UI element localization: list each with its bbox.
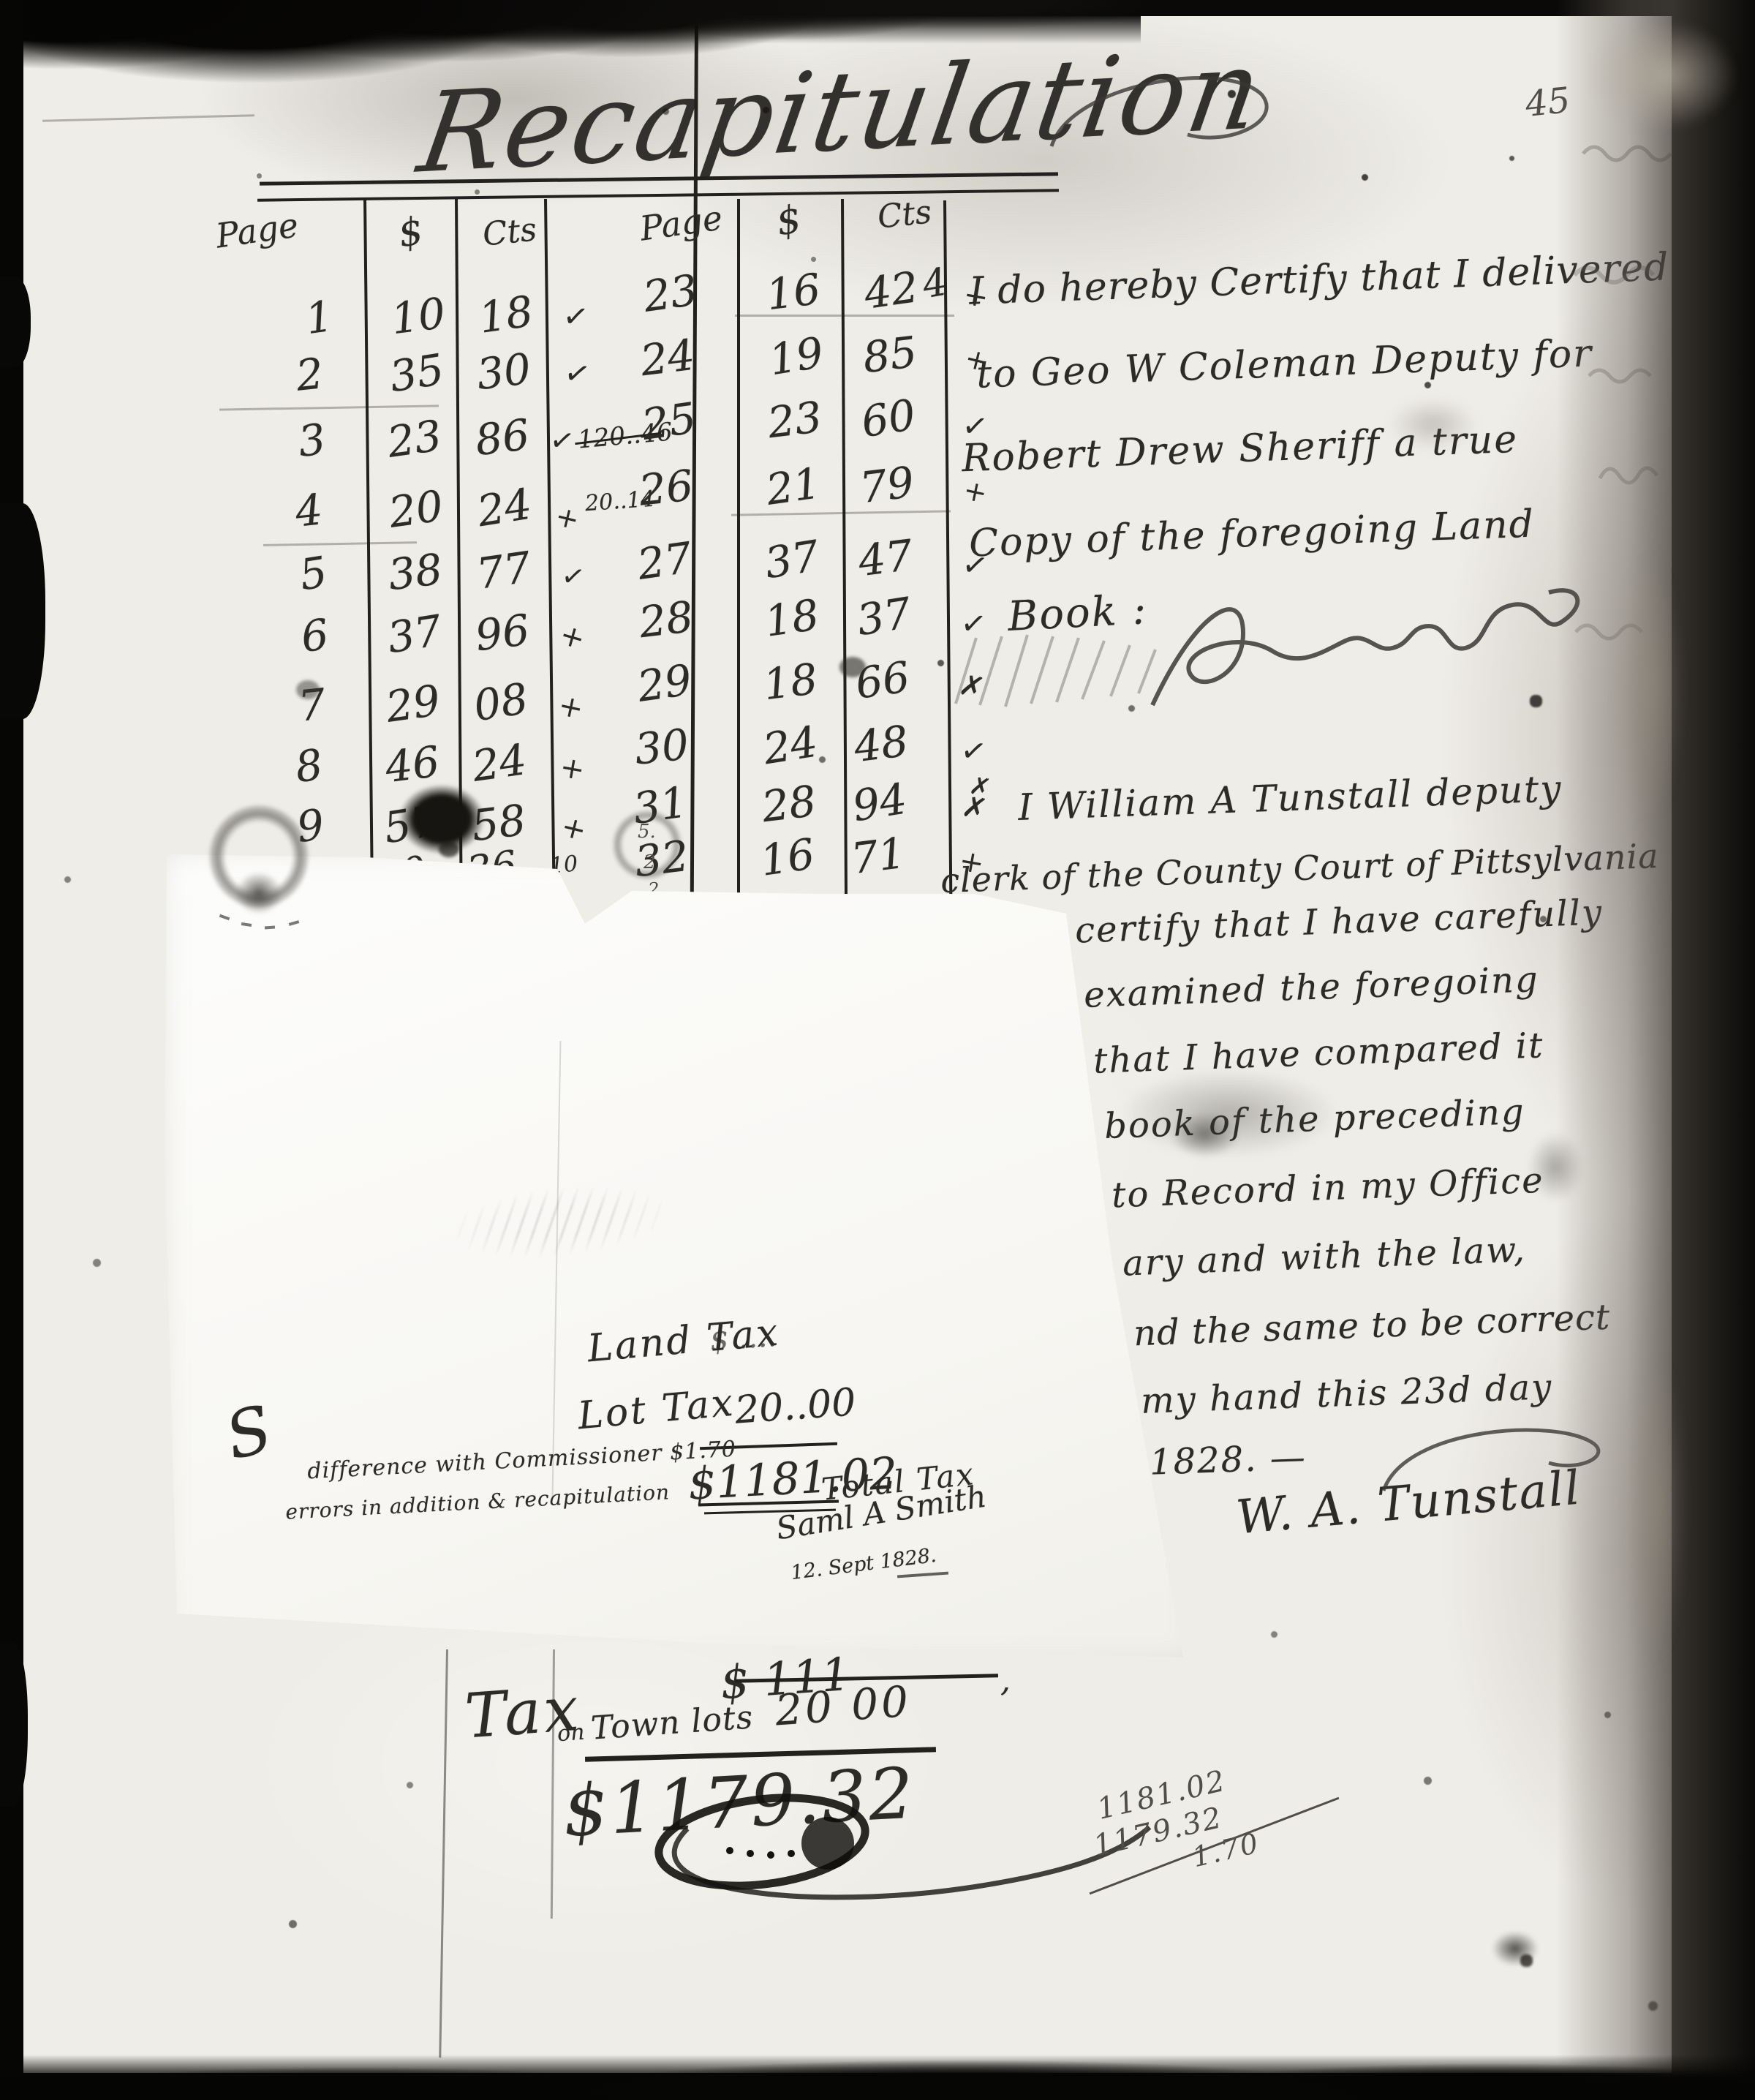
col-line-right-1 (737, 199, 740, 912)
fragment-comma: , (1000, 1662, 1011, 1699)
total-rule (700, 1442, 837, 1450)
bottom-town-lots-value: 20 00 (774, 1676, 913, 1736)
clerk-signature (1132, 565, 1600, 726)
ledger-scan: Recapitulation 45 Page $ Cts Page $ Cts … (0, 0, 1755, 2100)
table-cell: 4 (293, 484, 325, 536)
table-cell: 30 (633, 719, 692, 774)
header-right-cts: Cts (876, 193, 934, 236)
certificate-line: 1828. — (1149, 1437, 1307, 1483)
table-cell: 27 (635, 532, 695, 590)
table-cell: 29 (383, 675, 444, 732)
table-cell: 23 (765, 392, 825, 448)
bleed-through-fragment (1571, 257, 1673, 287)
table-cell: 79 (857, 457, 917, 513)
slip-dash (897, 1572, 948, 1578)
table-cell: 71 (848, 828, 908, 884)
land-tax-value: $ ‥‥ (709, 1320, 779, 1358)
row-guide (735, 315, 954, 317)
table-cell: 94 (849, 774, 910, 832)
total-double-rule-2 (704, 1509, 836, 1515)
ink-smudge (1492, 1931, 1539, 1966)
table-cell: 60 (858, 390, 919, 448)
table-cell: 37 (853, 588, 915, 646)
table-cell: 29 (635, 655, 695, 712)
table-cell: 24 (638, 330, 698, 385)
torn-edge-highlight (1627, 1353, 1686, 1660)
table-cell: 24 (760, 717, 821, 775)
table-cell: 20 (386, 481, 447, 538)
table-cell: 35 (386, 345, 448, 402)
table-cell: 16 (758, 829, 818, 886)
table-cell: 23 (385, 410, 445, 467)
smith-date: 12. Sept 1828. (790, 1544, 937, 1584)
total-tax-label: Total Tax (820, 1456, 976, 1508)
table-cell: 08 (470, 674, 532, 731)
bottom-on-word: on (556, 1720, 586, 1747)
table-cell: 37 (384, 606, 445, 663)
table-cell: 85 (860, 327, 920, 383)
ink-smudge (839, 657, 866, 677)
ink-smudge (296, 680, 320, 699)
table-cell: 2 (294, 348, 326, 400)
bleed-through-fragment (1585, 360, 1673, 389)
table-cell: 18 (476, 286, 537, 343)
table-cell: 10 (388, 288, 448, 344)
ink-smudge (1389, 399, 1477, 450)
paper-slip: Land Tax $ ‥‥ Lot Tax 20..00 $1181.02 To… (157, 845, 1203, 1671)
lot-tax-value: 20..00 (733, 1380, 857, 1432)
scan-edge-blob (0, 503, 45, 719)
table-cell: 38 (385, 544, 445, 600)
oval-stamp (643, 1776, 885, 1908)
ink-blot (439, 841, 459, 857)
table-cell: 26 (637, 460, 696, 515)
table-cell: 18 (760, 654, 820, 710)
table-cell: 28 (759, 776, 819, 832)
scan-edge-blob (0, 276, 31, 368)
table-cell: 37 (761, 531, 823, 589)
lot-tax-label: Lot Tax (576, 1381, 737, 1439)
scan-edge-blob (0, 1642, 28, 1807)
bleed-through-marks (443, 1175, 676, 1268)
table-cell: 42 (861, 262, 922, 319)
title-flourish (1044, 64, 1278, 159)
ring-stain (604, 802, 690, 888)
total-tax-value: $1181.02 (687, 1448, 899, 1510)
table-cell: 18 (762, 590, 823, 647)
ink-smudge (1170, 1112, 1239, 1157)
table-cell: 24 (469, 734, 530, 791)
header-left-cts: Cts (481, 211, 539, 253)
table-cell: 19 (766, 328, 827, 385)
table-cell: 24 (474, 479, 535, 537)
hatch-scribble (954, 623, 1196, 726)
table-cell: 28 (636, 592, 696, 647)
torn-edge-highlight (1616, 556, 1682, 819)
table-cell: 46 (382, 737, 442, 792)
table-cell: 47 (856, 530, 916, 586)
table-cell: 96 (472, 605, 532, 661)
table-cell: 21 (763, 458, 824, 515)
bleed-through-fragment (1579, 138, 1675, 167)
commissioner-note-line: difference with Commissioner $1.70 (306, 1437, 736, 1485)
note-initial-flourish: S (218, 1390, 279, 1475)
total-double-rule-1 (698, 1499, 839, 1506)
table-cell: 23 (641, 265, 701, 322)
scan-edge-bottom (0, 2045, 1755, 2100)
tally-mark: ✓ (561, 297, 592, 336)
ink-smudge (1528, 1132, 1583, 1202)
ring-stain-blot (235, 872, 282, 914)
land-tax-label: Land Tax (586, 1311, 782, 1371)
commissioner-note-line: errors in addition & recapitulation (284, 1480, 670, 1524)
table-cell: 77 (474, 542, 535, 599)
bleed-through-fragment (1594, 456, 1667, 489)
table-cell: 25 (639, 393, 700, 450)
smith-signature: Saml A Smith (774, 1478, 989, 1547)
signature-flourish (1375, 1418, 1616, 1498)
table-cell: 30 (474, 344, 534, 399)
slip-crease (552, 1041, 562, 1498)
table-cell: 16 (763, 264, 823, 320)
table-cell: 86 (472, 410, 532, 465)
table-cell: 48 (851, 716, 911, 772)
folio-number: 45 (1523, 80, 1572, 125)
torn-corner-highlight (1590, 20, 1737, 130)
